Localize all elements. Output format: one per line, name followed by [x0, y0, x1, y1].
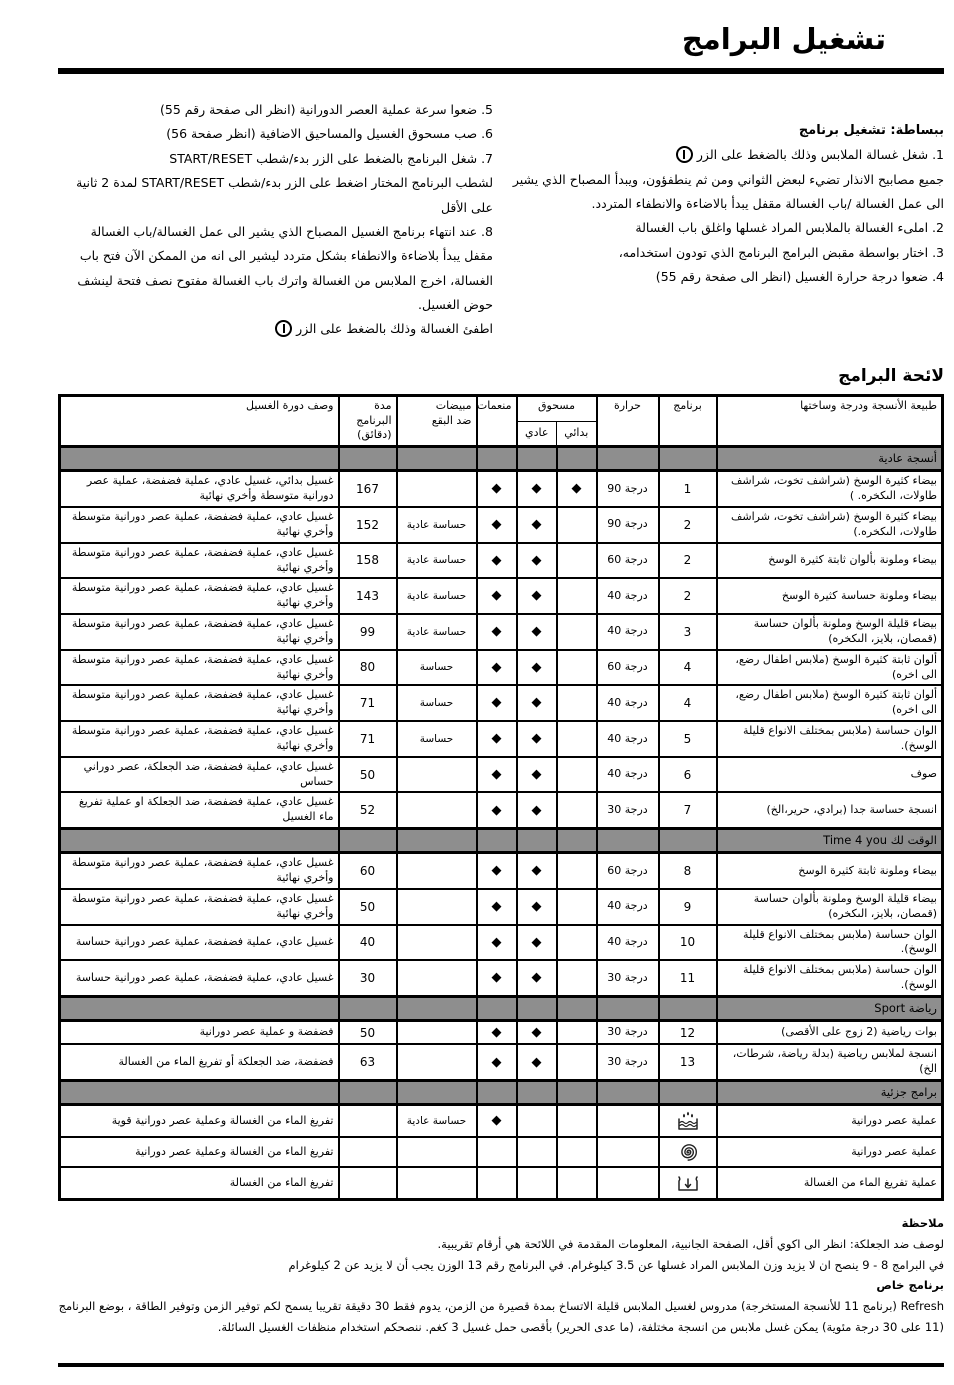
program-row: بيضاء قليلة الوسخ وملونة بألوان حساسة (ق…	[60, 889, 943, 925]
softener-cell	[477, 1167, 517, 1200]
section-band-cell	[597, 996, 659, 1020]
duration-cell: 60	[339, 853, 397, 889]
section-band-cell	[477, 447, 517, 471]
program-row: بيضاء قليلة الوسخ وملونة بألوان حساسة (ق…	[60, 614, 943, 650]
bleach-cell: حساسة عادية	[397, 543, 477, 579]
softener-cell: ◆	[477, 853, 517, 889]
fabric-cell: بيضاء قليلة الوسخ وملونة بألوان حساسة (ق…	[717, 889, 943, 925]
program-cell	[659, 1167, 717, 1200]
temperature-cell: 60 درجة	[597, 853, 659, 889]
program-cell: 12	[659, 1020, 717, 1044]
detergent-prewash-cell	[557, 614, 597, 650]
description-cell: غسيل عادي، عملية فضفضة، عملية عصر دوراني…	[60, 543, 339, 579]
header-description: وصف دورة الغسيل	[60, 395, 339, 447]
section-band-cell	[517, 447, 557, 471]
rinse-icon	[675, 1108, 701, 1134]
temperature-cell: 60 درجة	[597, 543, 659, 579]
program-table-body: أنسجة عاديةبيضاء كثيرة الوسخ (شراشف تخوت…	[60, 447, 943, 1200]
detergent-prewash-cell	[557, 507, 597, 543]
bleach-cell: حساسة	[397, 721, 477, 757]
header-softener: منعمات	[477, 395, 517, 447]
section-band-cell	[339, 447, 397, 471]
duration-cell	[339, 1105, 397, 1138]
instruction-step: 8. عند انتهاء برنامج الغسيل المصباح الذي…	[58, 220, 493, 318]
detergent-normal-cell	[517, 1105, 557, 1138]
note-line: لوصف ضد الجعلكة: انظر الى اكوي أقل، الصف…	[58, 1234, 944, 1255]
detergent-normal-cell: ◆	[517, 757, 557, 793]
detergent-prewash-cell: ◆	[557, 471, 597, 507]
fabric-cell: الوان حساسة (ملابس بمختلف الانواع قليلة …	[717, 925, 943, 961]
program-table-header: طبيعة الأنسجة ودرجة وساختها برنامج حرارة…	[60, 395, 943, 447]
description-cell: غسيل عادي، عملية فضفضة، عملية عصر دوراني…	[60, 507, 339, 543]
description-cell: تفريغ الماء من الغسالة وعملية عصر دوراني…	[60, 1137, 339, 1167]
detergent-prewash-cell	[557, 578, 597, 614]
fabric-cell: بيضاء وملونة ثابتة كثيرة الوسخ	[717, 853, 943, 889]
detergent-normal-cell: ◆	[517, 1044, 557, 1080]
instructions-column-left: 5. ضعوا سرعة عملية العصر الدورانية (انظر…	[58, 98, 493, 342]
detergent-normal-cell: ◆	[517, 960, 557, 996]
program-cell	[659, 1137, 717, 1167]
bleach-cell: حساسة عادية	[397, 578, 477, 614]
softener-cell: ◆	[477, 578, 517, 614]
section-band-cell	[339, 829, 397, 853]
section-label: أنسجة عادية	[717, 447, 943, 471]
program-cell: 1	[659, 471, 717, 507]
section-band-cell	[339, 996, 397, 1020]
softener-cell: ◆	[477, 471, 517, 507]
description-cell: تفريغ الماء من الغسالة وعملية عصر دوراني…	[60, 1105, 339, 1138]
duration-cell	[339, 1167, 397, 1200]
duration-cell: 30	[339, 960, 397, 996]
section-band-cell	[477, 996, 517, 1020]
section-band-cell	[517, 1081, 557, 1105]
description-cell: غسيل عادي، عملية فضفضة، عملية عصر دوراني…	[60, 578, 339, 614]
temperature-cell: 40 درجة	[597, 889, 659, 925]
program-row: الوان حساسة (ملابس بمختلف الانواع قليلة …	[60, 960, 943, 996]
description-cell: غسيل عادي، عملية فضفضة، عملية عصر دوراني…	[60, 614, 339, 650]
detergent-prewash-cell	[557, 650, 597, 686]
description-cell: فضفضة، ضد الجعلكة أو تفريغ الماء من الغس…	[60, 1044, 339, 1080]
header-duration-line2: (دقائق)	[344, 428, 392, 443]
bleach-cell	[397, 1167, 477, 1200]
fabric-cell: بيضاء كثيرة الوسخ (شراشف تخوت، شراشف طاو…	[717, 471, 943, 507]
bottom-rule	[58, 1363, 944, 1367]
program-cell: 11	[659, 960, 717, 996]
section-band-row: رياضة Sport	[60, 996, 943, 1020]
instruction-step: 1. شغل غسالة الملابس وذلك بالضغط على الز…	[509, 143, 944, 167]
header-fabric: طبيعة الأنسجة ودرجة وساختها	[717, 395, 943, 447]
fabric-cell: انسجة حساسة جدا (برادي، حرير،الخ)	[717, 792, 943, 828]
program-cell: 2	[659, 543, 717, 579]
section-band-cell	[397, 1081, 477, 1105]
detergent-normal-cell: ◆	[517, 507, 557, 543]
program-cell: 2	[659, 507, 717, 543]
program-cell: 5	[659, 721, 717, 757]
header-duration: مدة البرنامج (دقائق)	[339, 395, 397, 447]
duration-cell: 71	[339, 685, 397, 721]
program-row: بيضاء وملونة ثابتة كثيرة الوسخ860 درجة◆◆…	[60, 853, 943, 889]
bleach-cell	[397, 853, 477, 889]
detergent-prewash-cell	[557, 1167, 597, 1200]
fabric-cell: عملية تفريغ الماء من الغسالة	[717, 1167, 943, 1200]
section-band-cell	[517, 996, 557, 1020]
detergent-normal-cell: ◆	[517, 685, 557, 721]
softener-cell: ◆	[477, 757, 517, 793]
bleach-cell: حساسة عادية	[397, 507, 477, 543]
softener-cell: ◆	[477, 889, 517, 925]
detergent-normal-cell: ◆	[517, 614, 557, 650]
header-duration-line1: مدة البرنامج	[344, 399, 392, 429]
program-row: بيضاء وملونة بألوان ثابتة كثيرة الوسخ260…	[60, 543, 943, 579]
bleach-cell	[397, 925, 477, 961]
instruction-step: جميع مصابيح الانذار تضيء لبعض الثواني وم…	[509, 168, 944, 217]
program-cell: 10	[659, 925, 717, 961]
duration-cell: 50	[339, 1020, 397, 1044]
header-bleach-line2: ضد البقع	[402, 414, 472, 429]
softener-cell	[477, 1137, 517, 1167]
section-band-cell	[60, 829, 339, 853]
softener-cell: ◆	[477, 925, 517, 961]
power-icon	[275, 320, 292, 337]
bleach-cell	[397, 1137, 477, 1167]
fabric-cell: بيضاء وملونة بألوان ثابتة كثيرة الوسخ	[717, 543, 943, 579]
section-band-cell	[397, 996, 477, 1020]
description-cell: غسيل عادي، عملية فضفضة، ضد الجعلكة او عم…	[60, 792, 339, 828]
section-band-row: أنسجة عادية	[60, 447, 943, 471]
instruction-step: 5. ضعوا سرعة عملية العصر الدورانية (انظر…	[58, 98, 493, 122]
softener-cell: ◆	[477, 960, 517, 996]
softener-cell: ◆	[477, 721, 517, 757]
step-text: اطفئ الغسالة وذلك بالضغط على الزر	[296, 321, 493, 336]
temperature-cell: 90 درجة	[597, 507, 659, 543]
detergent-normal-cell	[517, 1167, 557, 1200]
instruction-step: اطفئ الغسالة وذلك بالضغط على الزر	[58, 317, 493, 341]
program-row: ألوان ثابتة كثيرة الوسخ (ملابس اطفال رضع…	[60, 685, 943, 721]
program-cell: 6	[659, 757, 717, 793]
detergent-normal-cell	[517, 1137, 557, 1167]
program-cell: 8	[659, 853, 717, 889]
detergent-prewash-cell	[557, 853, 597, 889]
duration-cell: 71	[339, 721, 397, 757]
program-cell: 9	[659, 889, 717, 925]
bleach-cell	[397, 1020, 477, 1044]
detergent-prewash-cell	[557, 1020, 597, 1044]
softener-cell: ◆	[477, 1044, 517, 1080]
program-row: انسجة حساسة جدا (برادي، حرير،الخ)730 درج…	[60, 792, 943, 828]
header-temperature: حرارة	[597, 395, 659, 447]
section-band-cell	[659, 996, 717, 1020]
fabric-cell: انسجة لملابس رياضية (بدلة رياضة، شرطات، …	[717, 1044, 943, 1080]
detergent-normal-cell: ◆	[517, 578, 557, 614]
detergent-prewash-cell	[557, 543, 597, 579]
instruction-step: 4. ضعوا درجة حرارة الغسيل (انظر الى صفحة…	[509, 265, 944, 289]
softener-cell: ◆	[477, 792, 517, 828]
section-band-cell	[557, 447, 597, 471]
fabric-cell: عملية عصر دورانية	[717, 1105, 943, 1138]
section-band-cell	[517, 829, 557, 853]
instruction-step: لشطب البرنامج المختار اضغط على الزر بدء/…	[58, 171, 493, 220]
bleach-cell: حساسة عادية	[397, 1105, 477, 1138]
program-cell: 4	[659, 650, 717, 686]
top-rule	[58, 68, 944, 74]
detergent-prewash-cell	[557, 1137, 597, 1167]
duration-cell: 158	[339, 543, 397, 579]
program-row: عملية عصر دورانية تفريغ الماء من الغسالة…	[60, 1137, 943, 1167]
program-cell: 7	[659, 792, 717, 828]
temperature-cell: 40 درجة	[597, 721, 659, 757]
section-band-cell	[60, 996, 339, 1020]
program-cell	[659, 1105, 717, 1138]
section-band-cell	[659, 447, 717, 471]
detergent-normal-cell: ◆	[517, 925, 557, 961]
note-line: في البرامج 8 - 9 ينصح ان لا يزيد وزن الم…	[58, 1255, 944, 1276]
duration-cell	[339, 1137, 397, 1167]
fabric-cell: ألوان ثابتة كثيرة الوسخ (ملابس اطفال رضع…	[717, 685, 943, 721]
section-band-row: برامج جزئية	[60, 1081, 943, 1105]
program-cell: 3	[659, 614, 717, 650]
section-band-cell	[597, 447, 659, 471]
program-cell: 2	[659, 578, 717, 614]
duration-cell: 80	[339, 650, 397, 686]
section-band-cell	[339, 1081, 397, 1105]
softener-cell: ◆	[477, 543, 517, 579]
program-row: ألوان ثابتة كثيرة الوسخ (ملابس اطفال رضع…	[60, 650, 943, 686]
section-band-cell	[60, 447, 339, 471]
temperature-cell: 30 درجة	[597, 792, 659, 828]
temperature-cell: 90 درجة	[597, 471, 659, 507]
detergent-prewash-cell	[557, 757, 597, 793]
fabric-cell: بيضاء وملونة حساسة كثيرة الوسخ	[717, 578, 943, 614]
section-band-cell	[597, 1081, 659, 1105]
description-cell: غسيل عادي، عملية فضفضة، عملية عصر دوراني…	[60, 853, 339, 889]
temperature-cell	[597, 1167, 659, 1200]
temperature-cell: 40 درجة	[597, 685, 659, 721]
section-band-cell	[60, 1081, 339, 1105]
detergent-prewash-cell	[557, 1044, 597, 1080]
duration-cell: 40	[339, 925, 397, 961]
program-row: انسجة لملابس رياضية (بدلة رياضة، شرطات، …	[60, 1044, 943, 1080]
softener-cell: ◆	[477, 1105, 517, 1138]
header-detergent: مسحوق	[517, 395, 597, 421]
instruction-step: 2. املىء الغسالة بالملابس المراد غسلها و…	[509, 216, 944, 240]
detergent-prewash-cell	[557, 685, 597, 721]
program-row: بيضاء كثيرة الوسخ (شراشف تخوت، شراشف طاو…	[60, 507, 943, 543]
fabric-cell: صوف	[717, 757, 943, 793]
detergent-normal-cell: ◆	[517, 650, 557, 686]
header-program: برنامج	[659, 395, 717, 447]
section-band-cell	[659, 1081, 717, 1105]
program-cell: 4	[659, 685, 717, 721]
description-cell: فضفضة و عملية عصر دورانية	[60, 1020, 339, 1044]
section-band-cell	[557, 829, 597, 853]
spin-icon	[676, 1140, 700, 1164]
instruction-step: 6. صب مسحوق الغسيل والمساحيق الاضافية (ا…	[58, 122, 493, 146]
bleach-cell: حساسة عادية	[397, 614, 477, 650]
softener-cell: ◆	[477, 1020, 517, 1044]
section-band-row: الوقت لك Time 4 you	[60, 829, 943, 853]
header-detergent-prewash: بدائي	[557, 421, 597, 447]
fabric-cell: بيضاء قليلة الوسخ وملونة بألوان حساسة (ق…	[717, 614, 943, 650]
bleach-cell	[397, 1044, 477, 1080]
detergent-prewash-cell	[557, 889, 597, 925]
section-band-cell	[397, 829, 477, 853]
program-table: طبيعة الأنسجة ودرجة وساختها برنامج حرارة…	[58, 394, 944, 1201]
detergent-prewash-cell	[557, 960, 597, 996]
temperature-cell	[597, 1137, 659, 1167]
detergent-normal-cell: ◆	[517, 471, 557, 507]
duration-cell: 52	[339, 792, 397, 828]
temperature-cell: 40 درجة	[597, 614, 659, 650]
temperature-cell: 60 درجة	[597, 650, 659, 686]
section-label: برامج جزئية	[717, 1081, 943, 1105]
detergent-prewash-cell	[557, 721, 597, 757]
description-cell: غسيل عادي، عملية فضفضة، عملية عصر دوراني…	[60, 685, 339, 721]
description-cell: غسيل بدائي، غسيل عادي، عملية فضفضة، عملي…	[60, 471, 339, 507]
fabric-cell: الوان حساسة (ملابس بمختلف الانواع قليلة …	[717, 960, 943, 996]
fabric-cell: بوات رياضية (2 زوج على الأقصى)	[717, 1020, 943, 1044]
section-band-cell	[557, 996, 597, 1020]
detergent-normal-cell: ◆	[517, 721, 557, 757]
header-bleach: مبيضات ضد البقع	[397, 395, 477, 447]
bleach-cell: حساسة	[397, 650, 477, 686]
program-row: الوان حساسة (ملابس بمختلف الانواع قليلة …	[60, 721, 943, 757]
section-band-cell	[477, 829, 517, 853]
bleach-cell	[397, 889, 477, 925]
special-program-text: Refresh (برنامج 11 للأنسجة المستخرجة) مد…	[58, 1296, 944, 1337]
program-row: بيضاء كثيرة الوسخ (شراشف تخوت، شراشف طاو…	[60, 471, 943, 507]
description-cell: غسيل عادي، عملية فضفضة، ضد الجعلكة، عصر …	[60, 757, 339, 793]
bleach-cell: حساسة	[397, 685, 477, 721]
detergent-normal-cell: ◆	[517, 889, 557, 925]
section-band-cell	[659, 829, 717, 853]
program-row: بيضاء وملونة حساسة كثيرة الوسخ240 درجة◆◆…	[60, 578, 943, 614]
program-row: بوات رياضية (2 زوج على الأقصى)1230 درجة◆…	[60, 1020, 943, 1044]
duration-cell: 50	[339, 889, 397, 925]
temperature-cell: 40 درجة	[597, 578, 659, 614]
instruction-step: 7. شغل البرنامج بالضغط على الزر بدء/شطب …	[58, 147, 493, 171]
bleach-cell	[397, 757, 477, 793]
detergent-prewash-cell	[557, 792, 597, 828]
power-icon	[676, 146, 693, 163]
section-band-cell	[597, 829, 659, 853]
section-band-cell	[397, 447, 477, 471]
duration-cell: 50	[339, 757, 397, 793]
detergent-normal-cell: ◆	[517, 1020, 557, 1044]
fabric-cell: عملية عصر دورانية	[717, 1137, 943, 1167]
program-row: الوان حساسة (ملابس بمختلف الانواع قليلة …	[60, 925, 943, 961]
manual-page: تشغيل البرامج ببساطة: تشغيل برنامج 1. شغ…	[0, 0, 954, 1385]
duration-cell: 99	[339, 614, 397, 650]
notes-section: ملاحظة لوصف ضد الجعلكة: انظر الى اكوي أق…	[58, 1213, 944, 1337]
detergent-normal-cell: ◆	[517, 543, 557, 579]
duration-cell: 167	[339, 471, 397, 507]
program-cell: 13	[659, 1044, 717, 1080]
temperature-cell: 30 درجة	[597, 1020, 659, 1044]
bleach-cell	[397, 792, 477, 828]
section-band-cell	[557, 1081, 597, 1105]
program-list-heading: لائحة البرامج	[58, 366, 944, 386]
detergent-normal-cell: ◆	[517, 853, 557, 889]
section-label: رياضة Sport	[717, 996, 943, 1020]
softener-cell: ◆	[477, 685, 517, 721]
section-label: الوقت لك Time 4 you	[717, 829, 943, 853]
page-title: تشغيل البرامج	[58, 22, 944, 56]
instructions-section: ببساطة: تشغيل برنامج 1. شغل غسالة الملاب…	[58, 98, 944, 342]
bleach-cell	[397, 960, 477, 996]
duration-cell: 63	[339, 1044, 397, 1080]
duration-cell: 143	[339, 578, 397, 614]
bleach-cell	[397, 471, 477, 507]
detergent-prewash-cell	[557, 1105, 597, 1138]
program-row: صوف640 درجة◆◆50غسيل عادي، عملية فضفضة، ض…	[60, 757, 943, 793]
softener-cell: ◆	[477, 650, 517, 686]
fabric-cell: بيضاء كثيرة الوسخ (شراشف تخوت، شراشف طاو…	[717, 507, 943, 543]
description-cell: غسيل عادي، عملية فضفضة، عملية عصر دوراني…	[60, 889, 339, 925]
fabric-cell: ألوان ثابتة كثيرة الوسخ (ملابس اطفال رضع…	[717, 650, 943, 686]
duration-cell: 152	[339, 507, 397, 543]
softener-cell: ◆	[477, 507, 517, 543]
description-cell: غسيل عادي، عملية فضفضة، عملية عصر دوراني…	[60, 721, 339, 757]
description-cell: تفريغ الماء من الغسالة	[60, 1167, 339, 1200]
instructions-column-right: ببساطة: تشغيل برنامج 1. شغل غسالة الملاب…	[509, 98, 944, 342]
temperature-cell	[597, 1105, 659, 1138]
header-bleach-line1: مبيضات	[402, 399, 472, 414]
temperature-cell: 30 درجة	[597, 1044, 659, 1080]
program-row: عملية تفريغ الماء من الغسالة تفريغ الماء…	[60, 1167, 943, 1200]
note-heading: ملاحظة	[58, 1213, 944, 1234]
description-cell: غسيل عادي، عملية فضفضة، عملية عصر دوراني…	[60, 925, 339, 961]
drain-icon	[675, 1170, 701, 1196]
instruction-step: 3. اختار بواسطة مقبض البرامج البرنامج ال…	[509, 241, 944, 265]
detergent-prewash-cell	[557, 925, 597, 961]
temperature-cell: 40 درجة	[597, 757, 659, 793]
description-cell: غسيل عادي، عملية فضفضة، عملية عصر دوراني…	[60, 960, 339, 996]
instructions-heading: ببساطة: تشغيل برنامج	[509, 118, 944, 143]
special-program-heading: برنامج خاص	[58, 1275, 944, 1296]
temperature-cell: 40 درجة	[597, 925, 659, 961]
softener-cell: ◆	[477, 614, 517, 650]
step-text: 1. شغل غسالة الملابس وذلك بالضغط على الز…	[697, 147, 944, 162]
fabric-cell: الوان حساسة (ملابس بمختلف الانواع قليلة …	[717, 721, 943, 757]
header-detergent-normal: عادي	[517, 421, 557, 447]
temperature-cell: 30 درجة	[597, 960, 659, 996]
program-row: عملية عصر دورانية ◆حساسة عاديةتفريغ الما…	[60, 1105, 943, 1138]
detergent-normal-cell: ◆	[517, 792, 557, 828]
section-band-cell	[477, 1081, 517, 1105]
description-cell: غسيل عادي، عملية فضفضة، عملية عصر دوراني…	[60, 650, 339, 686]
